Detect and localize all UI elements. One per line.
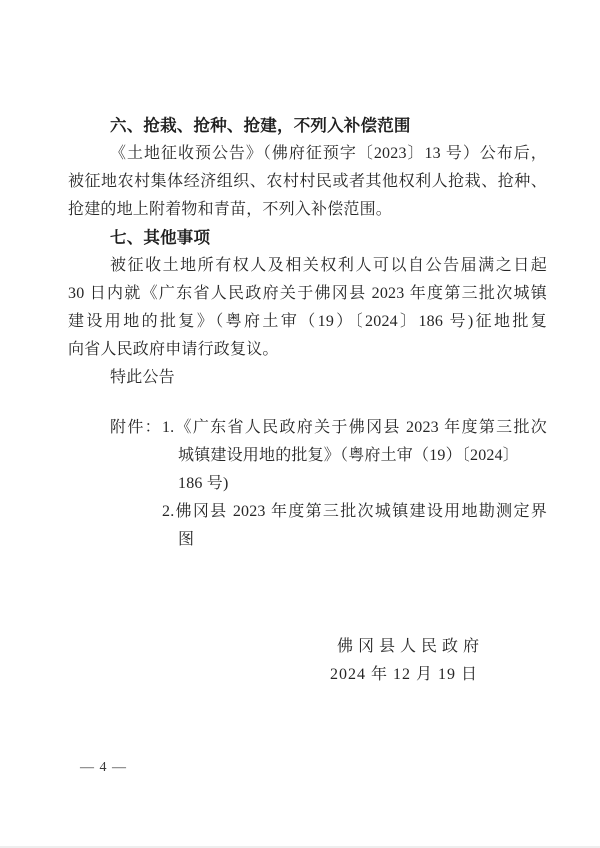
document-page: 六、抢栽、抢种、抢建，不列入补偿范围 《土地征收预公告》（佛府征预字〔2023〕… [0,0,600,848]
section-seven-paragraph-line: 建设用地的批复》（粤府土审（19）〔2024〕186 号)征地批复 [68,311,547,333]
section-seven-paragraph-line: 向省人民政府申请行政复议。 [68,339,279,361]
page-number: — 4 — [80,757,127,779]
attachment-item-2-text: 佛冈县 2023 年度第三批次城镇建设用地勘测定界 [174,503,547,520]
attachment-item-1-number: 1. [162,419,174,436]
section-seven-heading: 七、其他事项 [110,227,210,249]
attachment-item-1-line-2: 城镇建设用地的批复》（粤府土审（19）〔2024〕 [178,445,519,467]
signature-date: 2024 年 12 月 19 日 [330,664,478,686]
section-six-paragraph-line: 被征地农村集体经济组织、农村村民或者其他权利人抢栽、抢种、 [68,171,547,193]
attachment-item-1-text: 《广东省人民政府关于佛冈县 2023 年度第三批次 [174,419,547,436]
closing-statement: 特此公告 [110,367,175,389]
signature-issuer: 佛冈县人民政府 [337,636,484,658]
section-six-heading: 六、抢栽、抢种、抢建，不列入补偿范围 [110,115,411,137]
section-six-paragraph-line: 抢建的地上附着物和青苗，不列入补偿范围。 [68,199,392,221]
attachments-label: 附件： [110,419,162,436]
section-six-paragraph-line: 《土地征收预公告》（佛府征预字〔2023〕13 号）公布后， [68,143,547,165]
attachment-item-2-line-2: 图 [178,529,194,551]
section-seven-paragraph-line: 被征收土地所有权人及相关权利人可以自公告届满之日起 [68,255,547,277]
section-seven-paragraph-line: 30 日内就《广东省人民政府关于佛冈县 2023 年度第三批次城镇 [68,283,547,305]
attachment-item-1-line-3: 186 号) [178,473,229,495]
attachment-item-1-line-1: 附件：1.《广东省人民政府关于佛冈县 2023 年度第三批次 [110,417,547,439]
attachment-item-2-number: 2. [162,503,174,520]
attachment-item-2-line-1: 2.佛冈县 2023 年度第三批次城镇建设用地勘测定界 [162,501,547,523]
